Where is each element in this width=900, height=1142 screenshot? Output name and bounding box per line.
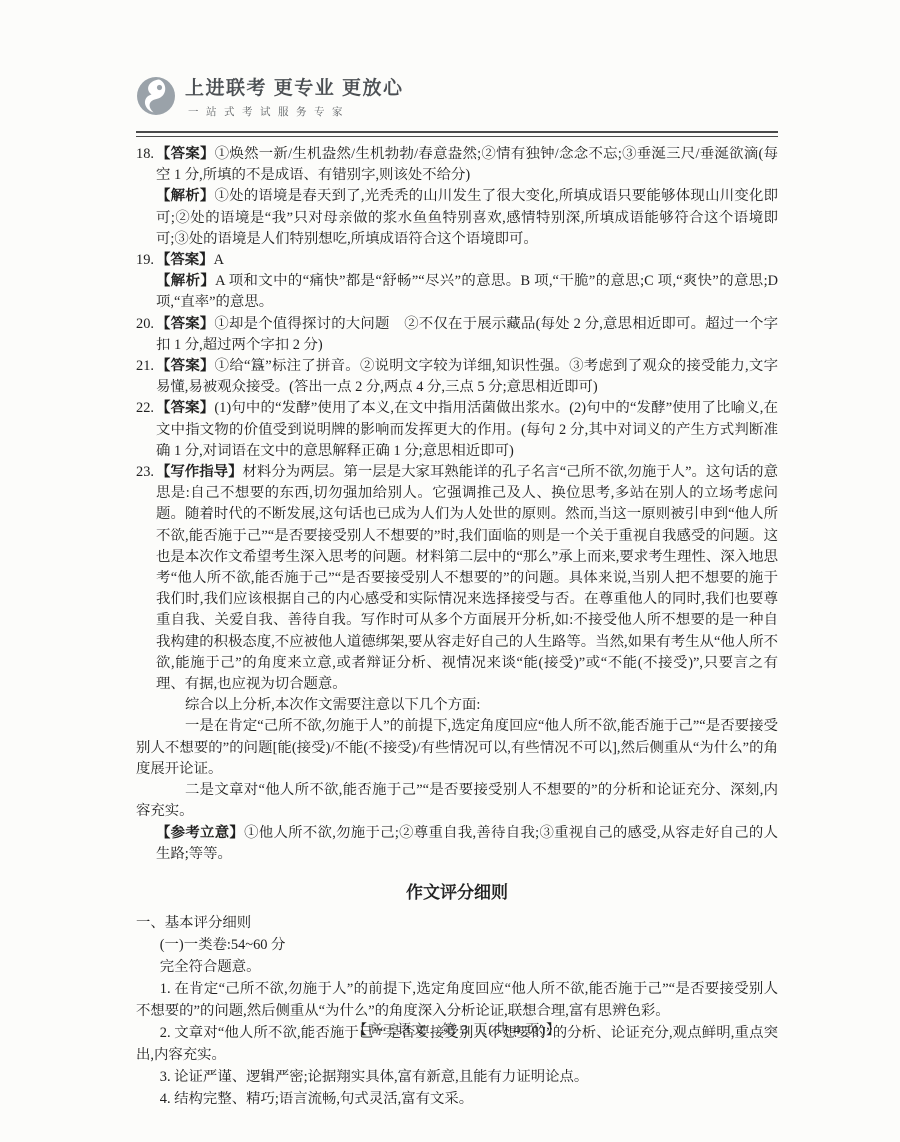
answer-key-list: 18. 【答案】①焕然一新/生机盎然/生机勃勃/春意盎然;②情有独钟/念念不忘;… — [136, 144, 778, 865]
writing-guide-text: 材料分为两层。第一层是大家耳熟能详的孔子名言“己所不欲,勿施于人”。这句话的意思… — [156, 464, 778, 692]
answer-label: 【答案】 — [156, 316, 214, 332]
item-number: 23. — [136, 462, 154, 483]
answer-line: 【答案】A — [156, 250, 778, 271]
rubric-criterion: 3. 论证严谨、逻辑严密;论据翔实具体,富有新意,且能有力证明论点。 — [136, 1066, 778, 1088]
analysis-text: ①处的语境是春天到了,光秃秃的山川发生了很大变化,所填成语只要能够体现山川变化即… — [156, 188, 778, 246]
rubric-criterion: 4. 结构完整、精巧;语言流畅,句式灵活,富有文采。 — [136, 1088, 778, 1110]
item-number: 20. — [136, 314, 154, 335]
analysis-label: 【解析】 — [156, 273, 215, 289]
answer-text: ①给“簋”标注了拼音。②说明文字较为详细,知识性强。③考虑到了观众的接受能力,文… — [156, 358, 778, 395]
answer-text: (1)句中的“发酵”使用了本义,在文中指用活菌做出浆水。(2)句中的“发酵”使用… — [156, 400, 778, 458]
scanned-answer-page: 上进联考 更专业 更放心 一站式考试服务专家 18. 【答案】①焕然一新/生机盎… — [0, 0, 900, 1142]
swirl-brand-logo-icon — [136, 76, 176, 116]
answer-item-21: 21. 【答案】①给“簋”标注了拼音。②说明文字较为详细,知识性强。③考虑到了观… — [136, 356, 778, 398]
reference-ideas-line: 【参考立意】①他人所不欲,勿施于己;②尊重自我,善待自我;③重视自己的感受,从容… — [156, 823, 778, 865]
guide-sub-paragraph: 二是文章对“他人所不欲,能否施于己”“是否要接受别人不想要的”的分析和论证充分、… — [136, 780, 778, 822]
answer-line: 【答案】①焕然一新/生机盎然/生机勃勃/春意盎然;②情有独钟/念念不忘;③垂涎三… — [156, 144, 778, 186]
answer-item-20: 20. 【答案】①却是个值得探讨的大问题 ②不仅在于展示藏品(每处 2 分,意思… — [136, 314, 778, 356]
rubric-grade-line: (一)一类卷:54~60 分 — [136, 934, 778, 956]
answer-item-23: 23. 【写作指导】材料分为两层。第一层是大家耳熟能详的孔子名言“己所不欲,勿施… — [136, 462, 778, 865]
answer-text: A — [214, 252, 224, 268]
answer-line: 【答案】①却是个值得探讨的大问题 ②不仅在于展示藏品(每处 2 分,意思相近即可… — [156, 314, 778, 356]
page-footer: 【高三语文 第 3 页(共 4 页)】 — [136, 1018, 778, 1038]
item-number: 22. — [136, 398, 154, 419]
rubric-section-heading: 一、基本评分细则 — [136, 912, 778, 934]
writing-guide-line: 【写作指导】材料分为两层。第一层是大家耳熟能详的孔子名言“己所不欲,勿施于人”。… — [156, 462, 778, 695]
answer-item-22: 22. 【答案】(1)句中的“发酵”使用了本义,在文中指用活菌做出浆水。(2)句… — [136, 398, 778, 462]
analysis-label: 【解析】 — [156, 188, 215, 204]
analysis-line: 【解析】A 项和文中的“痛快”都是“舒畅”“尽兴”的意思。B 项,“干脆”的意思… — [156, 271, 778, 313]
answer-label: 【答案】 — [156, 146, 215, 162]
answer-item-19: 19. 【答案】A 【解析】A 项和文中的“痛快”都是“舒畅”“尽兴”的意思。B… — [136, 250, 778, 314]
guide-sub-paragraph: 一是在肯定“己所不欲,勿施于人”的前提下,选定角度回应“他人所不欲,能否施于己”… — [136, 716, 778, 780]
page-content: 上进联考 更专业 更放心 一站式考试服务专家 18. 【答案】①焕然一新/生机盎… — [136, 76, 778, 1110]
writing-guide-label: 【写作指导】 — [156, 464, 243, 480]
analysis-line: 【解析】①处的语境是春天到了,光秃秃的山川发生了很大变化,所填成语只要能够体现山… — [156, 186, 778, 250]
reference-ideas-label: 【参考立意】 — [156, 825, 244, 841]
answer-line: 【答案】(1)句中的“发酵”使用了本义,在文中指用活菌做出浆水。(2)句中的“发… — [156, 398, 778, 462]
item-number: 21. — [136, 356, 154, 377]
essay-rubric-section: 一、基本评分细则 (一)一类卷:54~60 分 完全符合题意。 1. 在肯定“己… — [136, 912, 778, 1110]
essay-rubric-title: 作文评分细则 — [136, 878, 778, 903]
brand-tagline: 一站式考试服务专家 — [185, 104, 404, 119]
item-number: 19. — [136, 250, 154, 271]
answer-text: ①却是个值得探讨的大问题 ②不仅在于展示藏品(每处 2 分,意思相近即可。超过一… — [156, 316, 778, 353]
answer-label: 【答案】 — [156, 252, 214, 268]
answer-line: 【答案】①给“簋”标注了拼音。②说明文字较为详细,知识性强。③考虑到了观众的接受… — [156, 356, 778, 398]
rubric-grade-desc: 完全符合题意。 — [136, 956, 778, 978]
rubric-criterion: 1. 在肯定“己所不欲,勿施于人”的前提下,选定角度回应“他人所不欲,能否施于己… — [136, 978, 778, 1022]
answer-item-18: 18. 【答案】①焕然一新/生机盎然/生机勃勃/春意盎然;②情有独钟/念念不忘;… — [136, 144, 778, 250]
item-number: 18. — [136, 144, 154, 165]
answer-label: 【答案】 — [156, 400, 214, 416]
brand-header: 上进联考 更专业 更放心 一站式考试服务专家 — [136, 76, 778, 122]
guide-sub-paragraph: 综合以上分析,本次作文需要注意以下几个方面: — [136, 695, 778, 716]
brand-title: 上进联考 更专业 更放心 — [185, 76, 404, 101]
reference-ideas-text: ①他人所不欲,勿施于己;②尊重自我,善待自我;③重视自己的感受,从容走好自己的人… — [156, 825, 778, 862]
analysis-text: A 项和文中的“痛快”都是“舒畅”“尽兴”的意思。B 项,“干脆”的意思;C 项… — [156, 273, 778, 310]
brand-text-block: 上进联考 更专业 更放心 一站式考试服务专家 — [185, 76, 404, 119]
answer-text: ①焕然一新/生机盎然/生机勃勃/春意盎然;②情有独钟/念念不忘;③垂涎三尺/垂涎… — [156, 146, 778, 183]
answer-label: 【答案】 — [156, 358, 215, 374]
header-divider-rule — [136, 131, 778, 137]
